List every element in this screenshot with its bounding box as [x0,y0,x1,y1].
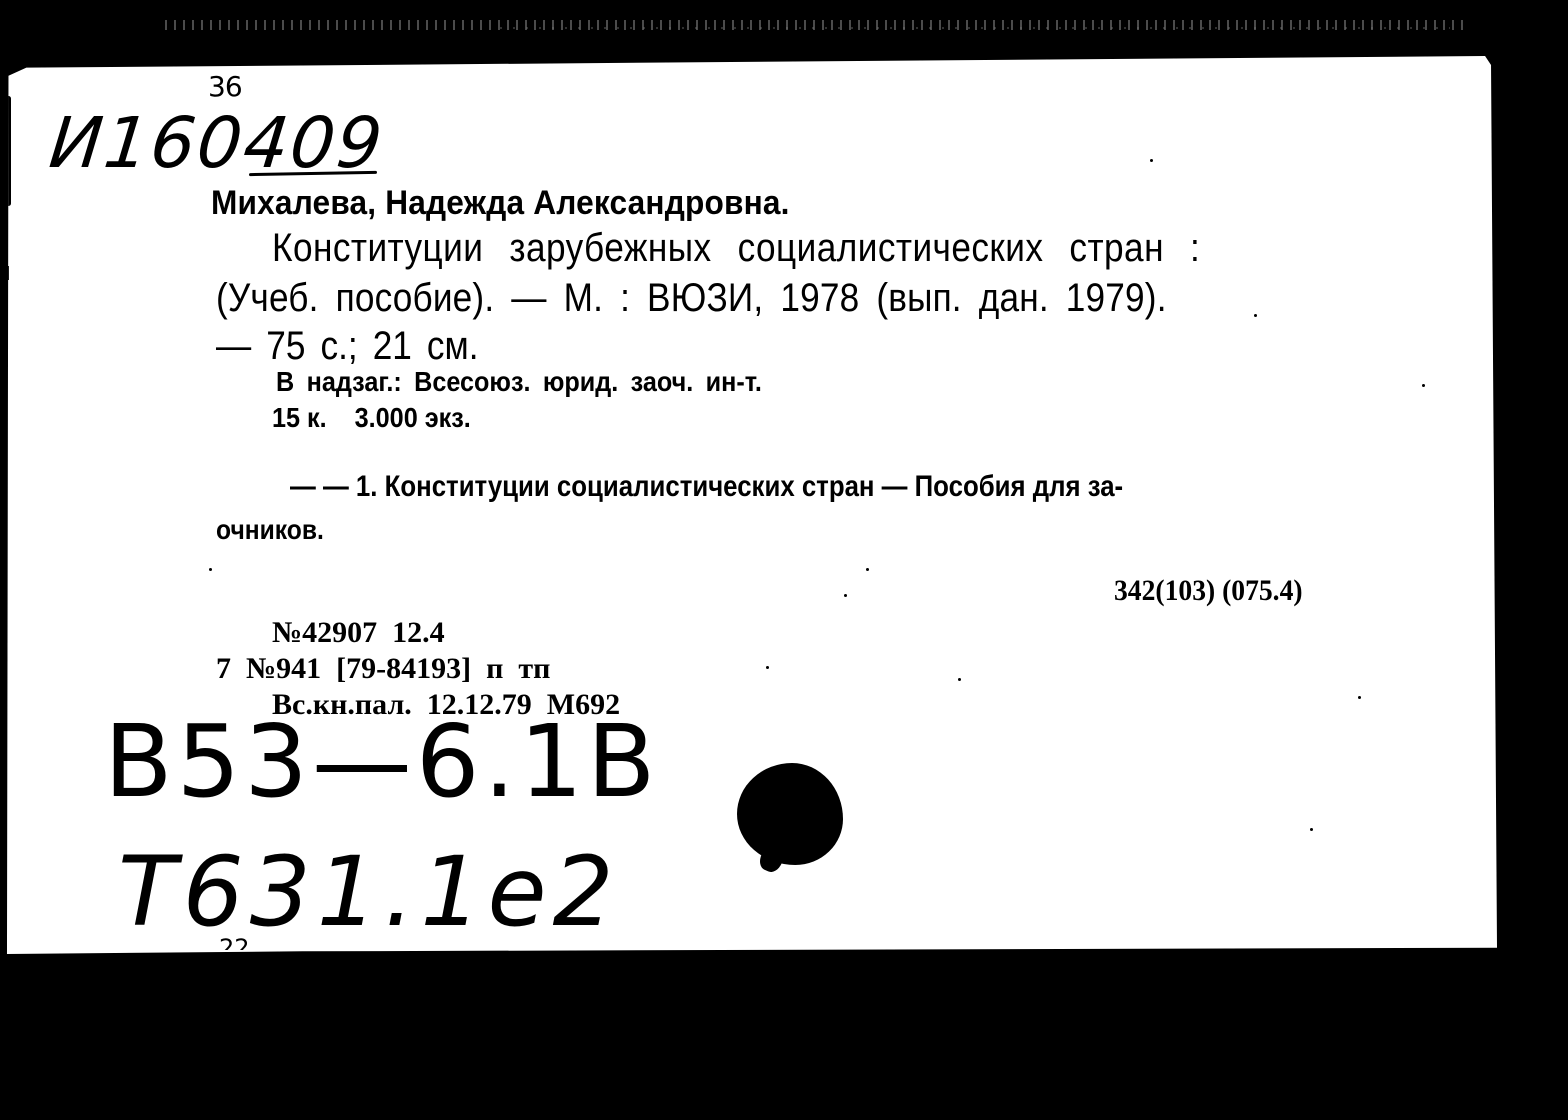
catalog-card: 36 И160409 Михалева, Надежда Александров… [4,56,1497,954]
speck [1254,314,1257,317]
speck [1358,696,1361,699]
handwritten-author-mark: Т631.1е2 [118,844,620,940]
speck [209,568,212,571]
bottom-fragment: 22 [219,936,250,950]
subject-heading-continuation: очников. [216,514,324,546]
speck [1422,384,1425,387]
card-edge-mark [6,266,9,280]
speck [866,568,869,571]
print-info-number: 7 №941 [79-84193] п тп [216,652,550,686]
speck [958,678,961,681]
ink-blot [737,763,843,865]
card-edge-mark [6,96,11,206]
handwritten-bbk-code: В53—6.1В [104,712,660,812]
speck [766,666,769,669]
udc-index: 342(103) (075.4) [1114,574,1303,608]
speck [844,594,847,597]
series-note: В надзаг.: Всесоюз. юрид. заоч. ин-т. [276,366,762,398]
print-info-order: №42907 12.4 [272,616,445,650]
title-line-1: Конституции зарубежных социалистических … [272,226,1200,271]
speck [1310,828,1313,831]
scanner-noise-top-2 [500,27,1450,29]
shelfmark-prefix: 36 [208,70,242,103]
speck [1150,159,1153,162]
price-print-run: 15 к. 3.000 экз. [272,402,471,434]
subject-heading: — — 1. Конституции социалистических стра… [290,470,1123,504]
title-line-2: (Учеб. пособие). — М. : ВЮЗИ, 1978 (вып.… [216,276,1167,321]
shelfmark-code: И160409 [46,108,387,178]
title-line-3: — 75 с.; 21 см. [216,324,478,369]
author-heading: Михалева, Надежда Александровна. [211,184,790,223]
